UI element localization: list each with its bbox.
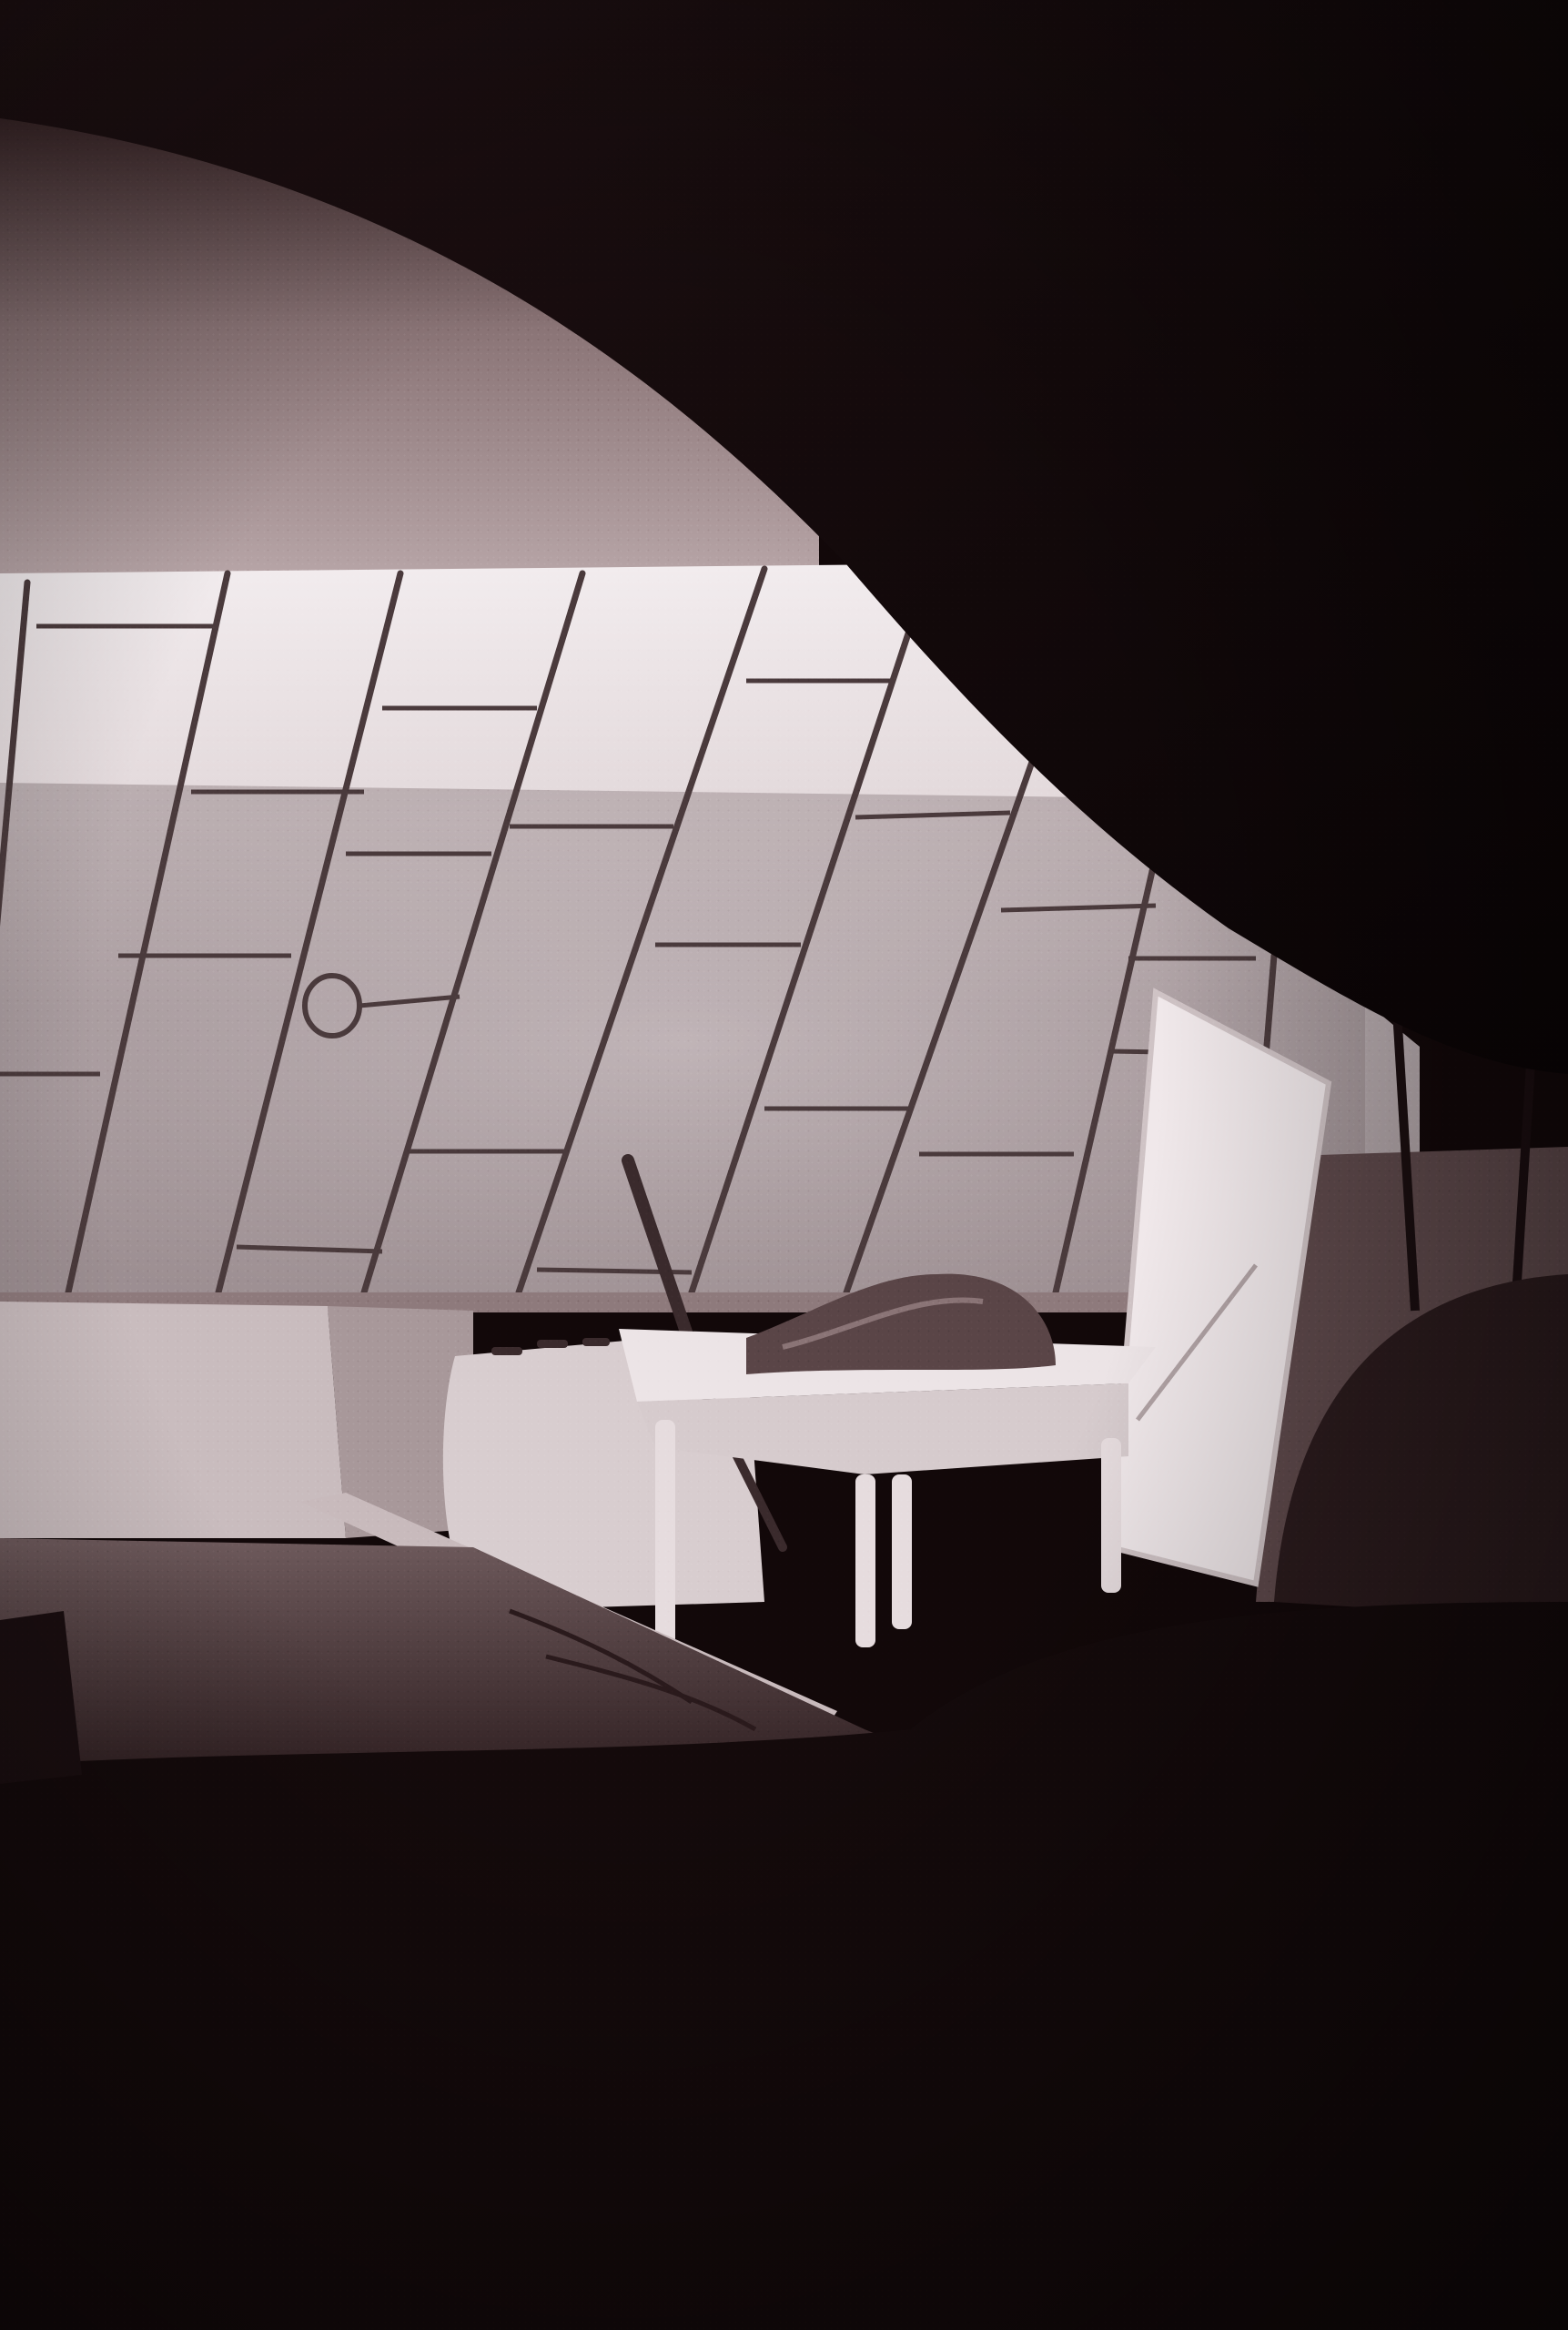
attic-studio-scene [0, 0, 1568, 2330]
photograph [0, 0, 1568, 2330]
